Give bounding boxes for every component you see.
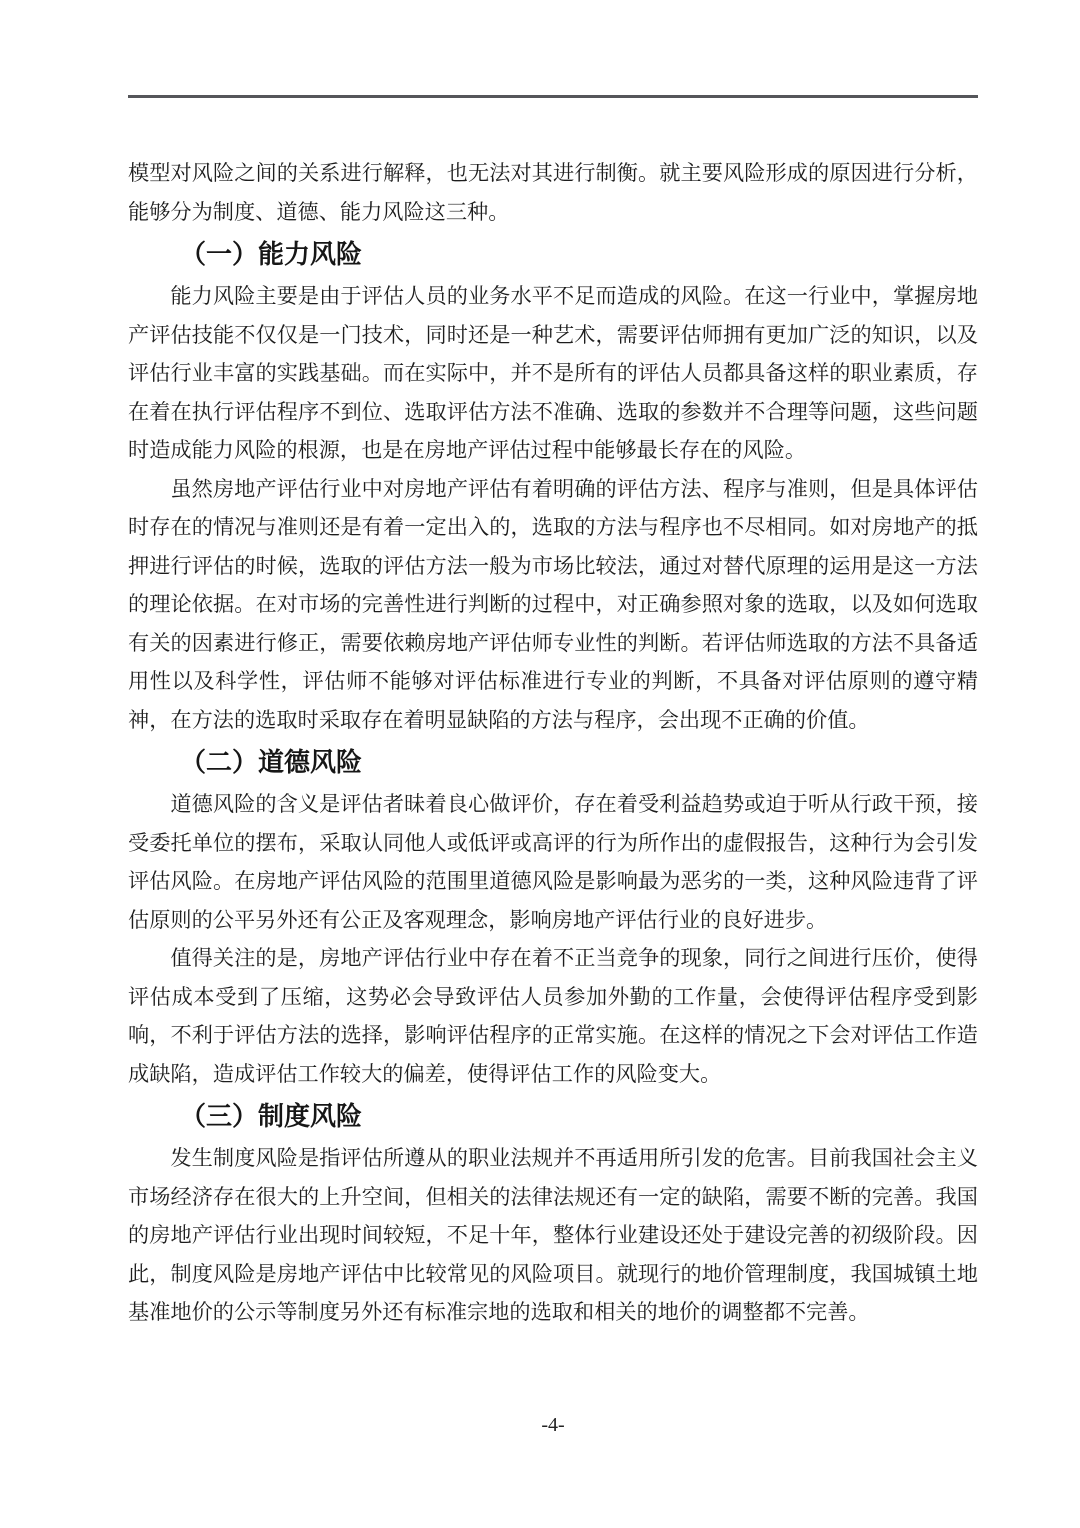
body-paragraph: 虽然房地产评估行业中对房地产评估有着明确的评估方法、程序与准则，但是具体评估时存… bbox=[128, 470, 978, 740]
document-body: 模型对风险之间的关系进行解释，也无法对其进行制衡。就主要风险形成的原因进行分析，… bbox=[128, 154, 978, 1332]
section-heading: （二）道德风险 bbox=[128, 739, 978, 785]
page-number: -4- bbox=[128, 1412, 978, 1438]
body-paragraph: 能力风险主要是由于评估人员的业务水平不足而造成的风险。在这一行业中，掌握房地产评… bbox=[128, 277, 978, 470]
body-paragraph: 发生制度风险是指评估所遵从的职业法规并不再适用所引发的危害。目前我国社会主义市场… bbox=[128, 1139, 978, 1332]
body-paragraph: 值得关注的是，房地产评估行业中存在着不正当竞争的现象，同行之间进行压价，使得评估… bbox=[128, 939, 978, 1093]
section-heading: （一）能力风险 bbox=[128, 231, 978, 277]
section-heading: （三）制度风险 bbox=[128, 1093, 978, 1139]
document-page: 模型对风险之间的关系进行解释，也无法对其进行制衡。就主要风险形成的原因进行分析，… bbox=[0, 0, 1080, 1528]
header-rule bbox=[128, 95, 978, 98]
body-paragraph: 道德风险的含义是评估者昧着良心做评价，存在着受利益趋势或迫于听从行政干预，接受委… bbox=[128, 785, 978, 939]
body-paragraph: 模型对风险之间的关系进行解释，也无法对其进行制衡。就主要风险形成的原因进行分析，… bbox=[128, 154, 978, 231]
